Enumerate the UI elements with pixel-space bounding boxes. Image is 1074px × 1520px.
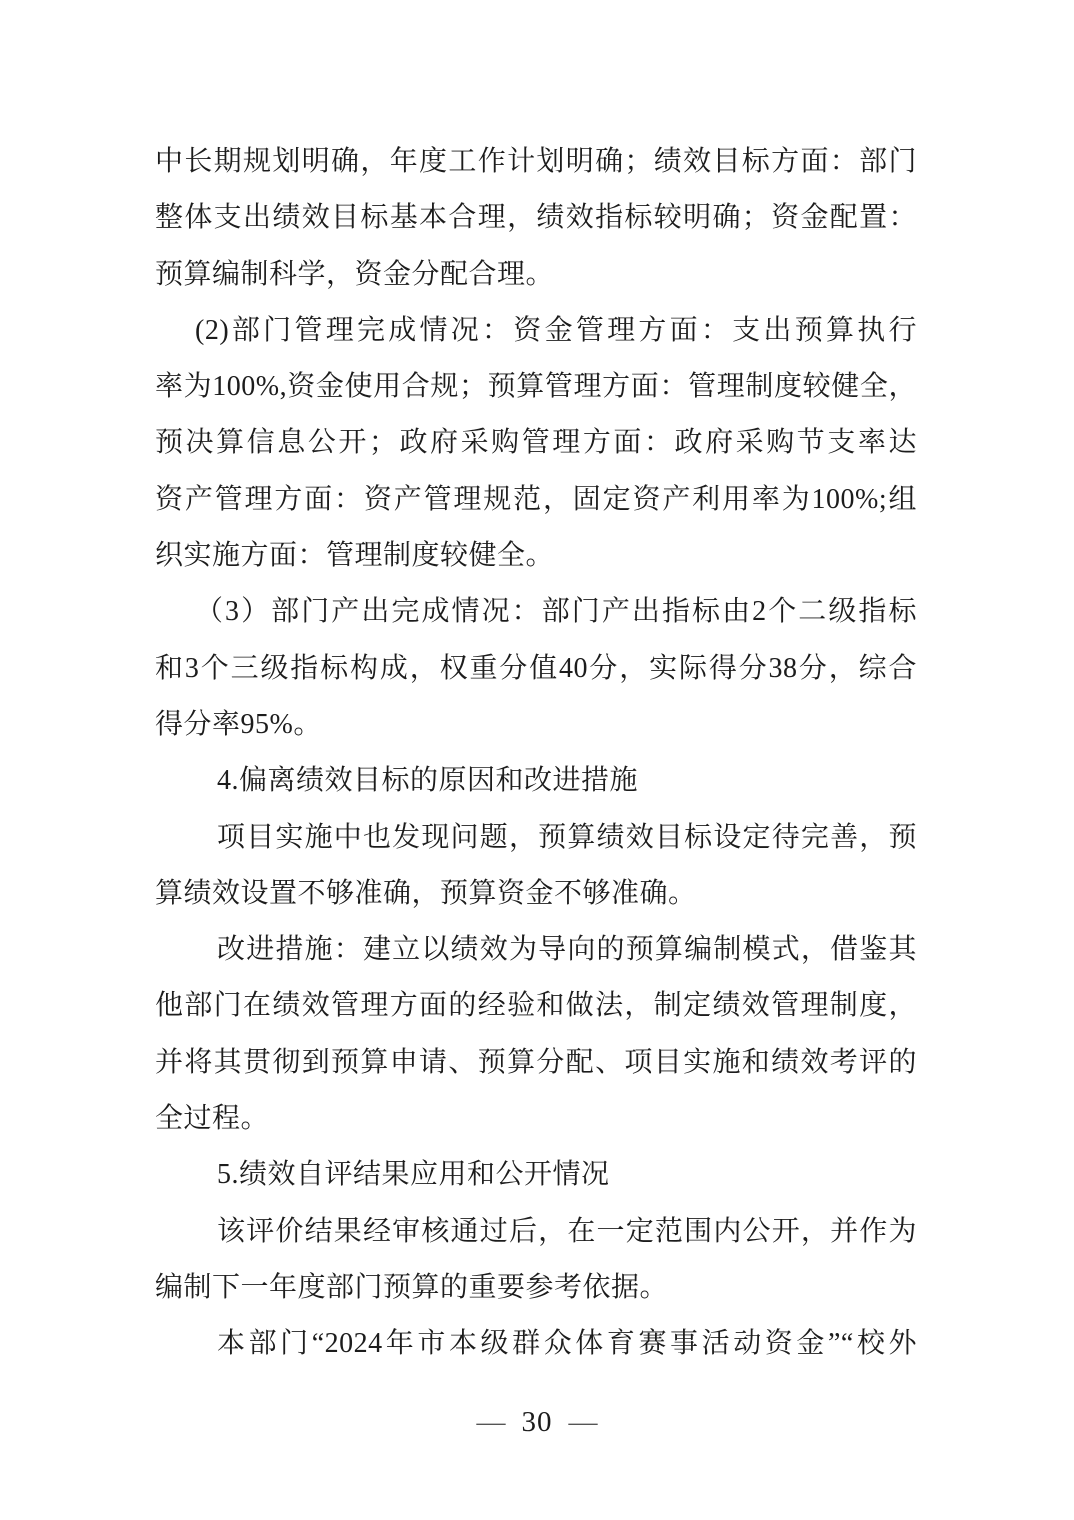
text-line: 并将其贯彻到预算申请、预算分配、项目实施和绩效考评的 bbox=[155, 1035, 917, 1091]
text-line: 预决算信息公开；政府采购管理方面：政府采购节支率达标； bbox=[155, 415, 917, 471]
text-line: 整体支出绩效目标基本合理，绩效指标较明确；资金配置： bbox=[155, 190, 917, 246]
text-line: 全过程。 bbox=[155, 1091, 917, 1147]
text-line: 得分率95%。 bbox=[155, 697, 917, 753]
text-line: 预算编制科学，资金分配合理。 bbox=[155, 247, 917, 303]
text-line: 项目实施中也发现问题，预算绩效目标设定待完善，预 bbox=[155, 810, 917, 866]
text-line: 算绩效设置不够准确，预算资金不够准确。 bbox=[155, 866, 917, 922]
text-line: 改进措施：建立以绩效为导向的预算编制模式，借鉴其 bbox=[155, 922, 917, 978]
page-number: 30 bbox=[522, 1406, 553, 1438]
text-line: 该评价结果经审核通过后，在一定范围内公开，并作为 bbox=[155, 1204, 917, 1260]
text-line: 资产管理方面：资产管理规范，固定资产利用率为100%;组 bbox=[155, 472, 917, 528]
text-line: 本部门“2024年市本级群众体育赛事活动资金”“校外 bbox=[155, 1316, 917, 1372]
text-line: 编制下一年度部门预算的重要参考依据。 bbox=[155, 1260, 917, 1316]
text-block: 中长期规划明确，年度工作计划明确；绩效目标方面：部门整体支出绩效目标基本合理，绩… bbox=[155, 134, 917, 1373]
document-page: 中长期规划明确，年度工作计划明确；绩效目标方面：部门整体支出绩效目标基本合理，绩… bbox=[0, 0, 1074, 1520]
text-line: （3）部门产出完成情况：部门产出指标由2个二级指标 bbox=[155, 584, 917, 640]
footer-dash-left: — bbox=[461, 1406, 522, 1438]
text-line: 他部门在绩效管理方面的经验和做法，制定绩效管理制度， bbox=[155, 978, 917, 1034]
text-line: (2)部门管理完成情况：资金管理方面：支出预算执行 bbox=[155, 303, 917, 359]
text-line: 5.绩效自评结果应用和公开情况 bbox=[155, 1147, 917, 1203]
text-line: 率为100%,资金使用合规；预算管理方面：管理制度较健全， bbox=[155, 359, 917, 415]
text-line: 中长期规划明确，年度工作计划明确；绩效目标方面：部门 bbox=[155, 134, 917, 190]
text-line: 织实施方面：管理制度较健全。 bbox=[155, 528, 917, 584]
page-footer: —30— bbox=[0, 1404, 1074, 1440]
text-line: 4.偏离绩效目标的原因和改进措施 bbox=[155, 753, 917, 809]
text-line: 和3个三级指标构成，权重分值40分，实际得分38分，综合 bbox=[155, 641, 917, 697]
footer-dash-right: — bbox=[553, 1406, 614, 1438]
